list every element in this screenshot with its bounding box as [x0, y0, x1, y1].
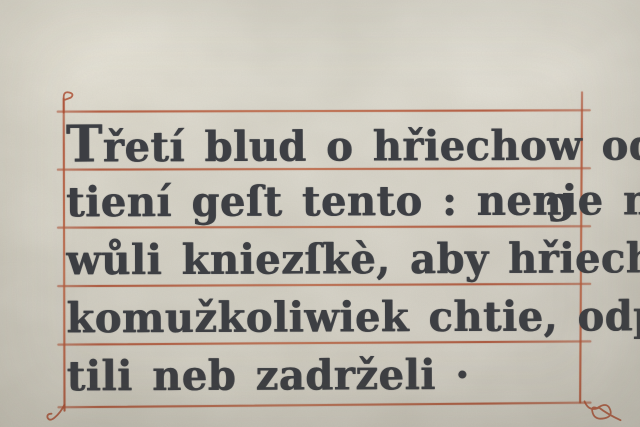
manuscript-photo: Třetí blud o hřiechow odpuſ- tiení geſt … — [0, 0, 640, 427]
text-block: Třetí blud o hřiechow odpuſ- tiení geſt … — [0, 0, 640, 427]
text-line-5: tili neb zadrželi · — [66, 345, 596, 407]
text-line-1: Třetí blud o hřiechow odpuſ- — [66, 112, 596, 174]
text-line-3: wůli kniezſkè, aby hřiechy, — [66, 229, 596, 291]
text-line-2: tiení geſt tento : nenie na — [66, 171, 596, 233]
text-line-4: komužkoliwiek chtie, odpuſ- — [66, 287, 596, 349]
